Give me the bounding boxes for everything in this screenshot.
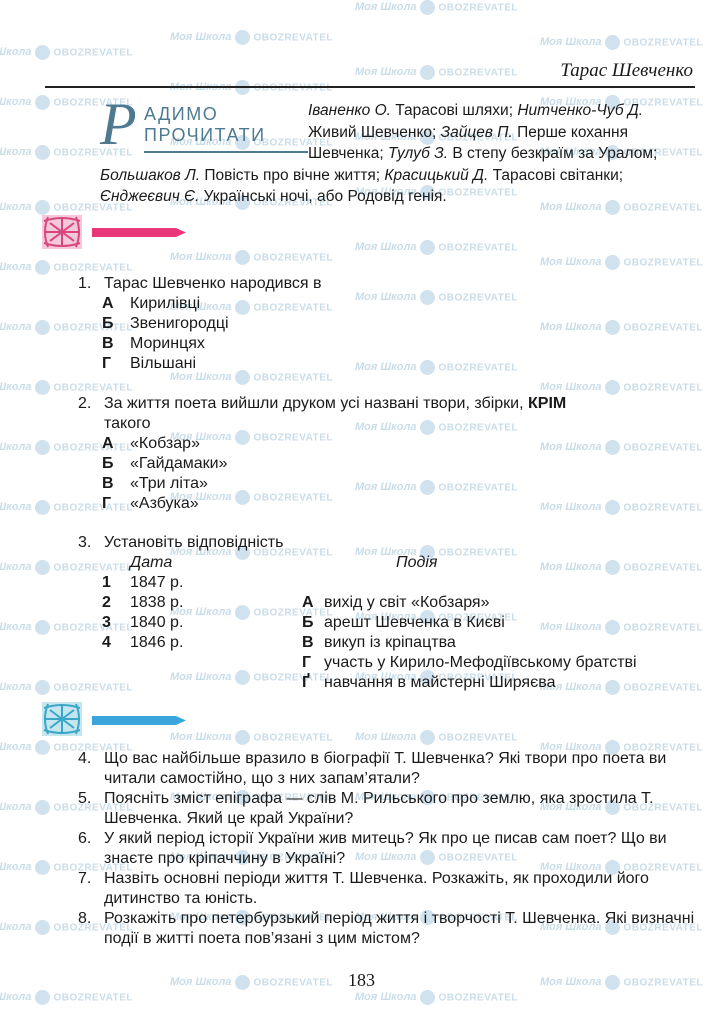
watermark-brand2: OBOZREVATEL [253,32,333,43]
bibliography-item: Тулуб З. В степу безкраїм за Уралом; [388,145,657,162]
watermark-logo-icon [235,730,250,745]
watermark-logo-icon [35,560,50,575]
watermark: Моя ШколаOBOZREVATEL [540,255,703,270]
watermark-brand2: OBOZREVATEL [438,242,518,253]
watermark-brand: Моя Школа [170,731,231,743]
question-number: 8. [78,909,104,929]
watermark-brand: Моя Школа [540,36,601,48]
date-number: 3 [102,613,111,633]
watermark-brand: Моя Школа [0,501,31,513]
watermark-brand2: OBOZREVATEL [53,47,133,58]
option-text: «Гайдамаки» [130,455,227,472]
open-question: 4.Що вас найбільше вразило в біографії Т… [78,749,698,789]
event-text: навчання в майстерні Ширяєва [324,674,555,691]
running-head: Тарас Шевченко [560,60,693,82]
watermark-logo-icon [35,320,50,335]
watermark-logo-icon [35,45,50,60]
bibliography-author: Большаков Л. [100,167,200,184]
header-rule [45,86,695,88]
event-letter: Б [302,613,314,633]
q2-text: За життя поета вийшли друком усі названі… [104,395,524,412]
q1-text: Тарас Шевченко народився в [104,275,322,292]
question-3: 3.Установіть відповідність Дата Подія 11… [78,533,698,713]
col-event-header: Подія [396,553,437,573]
blue-bar [92,716,186,725]
watermark: Моя ШколаOBOZREVATEL [0,45,133,60]
watermark-brand: Моя Школа [170,31,231,43]
date-number: 4 [102,633,111,653]
bibliography: Іваненко О. Тарасові шляхи; Нитченко-Чуб… [100,100,695,208]
pink-bar [92,228,186,237]
question-number: 7. [78,869,104,889]
question-1: 1.Тарас Шевченко народився в АКирилівціБ… [78,274,698,374]
answer-option: ВМоринцях [78,334,698,354]
open-question: 8.Розкажіть про петербурзький період жит… [78,909,698,949]
open-question: 5.Поясніть зміст епіграфа — слів М. Риль… [78,789,698,829]
option-text: Звенигородці [130,315,229,332]
answer-option: БЗвенигородці [78,314,698,334]
watermark-logo-icon [605,380,620,395]
answer-option: ГВільшані [78,354,698,374]
question-text: У який період історії України жив митець… [104,830,667,867]
q2-emphasis: КРІМ [528,395,566,412]
watermark: Моя ШколаOBOZREVATEL [540,35,703,50]
watermark-brand: Моя Школа [0,991,31,1003]
bibliography-author: Зайцев П. [441,124,513,141]
celtic-knot-icon [40,700,84,738]
q2-number: 2. [78,394,104,414]
bibliography-item: Красицький Д. Тарасові світанки; [384,167,623,184]
watermark-logo-icon [420,0,435,15]
watermark-brand2: OBOZREVATEL [623,382,703,393]
watermark-brand: Моя Школа [0,441,31,453]
watermark-brand2: OBOZREVATEL [253,252,333,263]
watermark-logo-icon [420,730,435,745]
watermark-brand: Моя Школа [0,201,31,213]
bibliography-author: Красицький Д. [384,167,488,184]
bibliography-item: Іваненко О. Тарасові шляхи; [308,102,517,119]
event-text: викуп із кріпацтва [324,634,456,651]
watermark-brand2: OBOZREVATEL [253,372,333,383]
event-letter: В [302,633,314,653]
bibliography-item: Єнджеєвич Є. Українські ночі, або Родові… [100,188,447,205]
question-text: Поясніть зміст епіграфа — слів М. Рильсь… [104,790,654,827]
question-text: Що вас найбільше вразило в біографії Т. … [104,750,666,787]
watermark-brand2: OBOZREVATEL [623,257,703,268]
watermark-brand2: OBOZREVATEL [623,37,703,48]
watermark-brand: Моя Школа [0,621,31,633]
event-text: арешт Шевченка в Києві [324,614,505,631]
watermark-logo-icon [35,800,50,815]
watermark-brand: Моя Школа [0,741,31,753]
date-value: 1840 р. [130,614,183,631]
watermark-brand: Моя Школа [0,96,31,108]
watermark: Моя ШколаOBOZREVATEL [355,0,518,15]
option-text: Моринцях [130,335,205,352]
watermark-brand: Моя Школа [0,801,31,813]
option-letter: Б [102,454,114,474]
watermark-brand2: OBOZREVATEL [438,2,518,13]
watermark-brand: Моя Школа [0,921,31,933]
watermark-brand2: OBOZREVATEL [53,992,133,1003]
question-2: 2.За життя поета вийшли друком усі назва… [78,394,698,514]
col-date-header: Дата [130,553,172,573]
page-number: 183 [0,970,723,991]
date-value: 1838 р. [130,594,183,611]
watermark-logo-icon [35,620,50,635]
watermark-logo-icon [235,30,250,45]
event-row: Гучасть у Кирило-Мефодіївському братстві [296,653,706,673]
q3-number: 3. [78,533,104,553]
watermark-brand: Моя Школа [540,256,601,268]
option-letter: В [102,474,114,494]
event-row: Ґнавчання в майстерні Ширяєва [296,673,706,693]
watermark-brand: Моя Школа [0,861,31,873]
option-letter: В [102,334,114,354]
event-letter: Ґ [302,673,310,693]
option-letter: А [102,294,114,314]
watermark-logo-icon [35,990,50,1005]
watermark-brand: Моя Школа [540,381,601,393]
bibliography-item: Большаков Л. Повість про вічне життя; [100,167,384,184]
watermark-brand2: OBOZREVATEL [438,992,518,1003]
bibliography-author: Нитченко-Чуб Д. [517,102,643,119]
event-text: вихід у світ «Кобзаря» [324,594,490,611]
watermark: Моя ШколаOBOZREVATEL [170,30,333,45]
watermark: Моя ШколаOBOZREVATEL [0,990,133,1005]
watermark-logo-icon [35,260,50,275]
date-row: 41846 р. [78,633,308,653]
answer-option: АКирилівці [78,294,698,314]
watermark: Моя ШколаOBOZREVATEL [0,260,133,275]
watermark-brand: Моя Школа [0,681,31,693]
open-questions: 4.Що вас найбільше вразило в біографії Т… [78,749,698,949]
bibliography-author: Тулуб З. [388,145,448,162]
watermark-brand2: OBOZREVATEL [438,67,518,78]
event-row: Ввикуп із кріпацтва [296,633,706,653]
watermark-brand2: OBOZREVATEL [438,732,518,743]
watermark: Моя ШколаOBOZREVATEL [0,380,133,395]
event-row: Авихід у світ «Кобзаря» [296,593,706,613]
watermark: Моя ШколаOBOZREVATEL [170,730,333,745]
q2-text-cont: такого [104,415,151,432]
blue-section-divider [40,700,84,743]
option-text: Кирилівці [130,295,200,312]
watermark-logo-icon [35,440,50,455]
watermark: Моя ШколаOBOZREVATEL [355,65,518,80]
answer-option: Г«Азбука» [78,494,698,514]
heading-spacer [100,100,308,163]
watermark-logo-icon [605,255,620,270]
event-letter: Г [302,653,311,673]
bibliography-author: Іваненко О. [308,102,391,119]
option-text: «Три літа» [130,475,208,492]
event-row: Барешт Шевченка в Києві [296,613,706,633]
watermark-brand: Моя Школа [0,261,31,273]
watermark-brand: Моя Школа [355,66,416,78]
question-number: 4. [78,749,104,769]
q3-text: Установіть відповідність [104,534,283,551]
answer-option: В«Три літа» [78,474,698,494]
watermark-brand2: OBOZREVATEL [53,382,133,393]
watermark-logo-icon [420,240,435,255]
watermark: Моя ШколаOBOZREVATEL [355,240,518,255]
watermark-brand: Моя Школа [0,321,31,333]
watermark-brand: Моя Школа [0,561,31,573]
watermark-logo-icon [420,990,435,1005]
date-row: 21838 р. [78,593,308,613]
question-number: 5. [78,789,104,809]
q1-number: 1. [78,274,104,294]
watermark-brand: Моя Школа [355,991,416,1003]
answer-option: А«Кобзар» [78,434,698,454]
watermark-brand: Моя Школа [355,731,416,743]
question-number: 6. [78,829,104,849]
celtic-knot-icon [40,213,84,251]
watermark-logo-icon [35,95,50,110]
option-letter: Б [102,314,114,334]
date-value: 1847 р. [130,574,183,591]
date-value: 1846 р. [130,634,183,651]
bibliography-author: Єнджеєвич Є. [100,188,199,205]
date-number: 2 [102,593,111,613]
watermark: Моя ШколаOBOZREVATEL [170,250,333,265]
watermark-brand2: OBOZREVATEL [53,262,133,273]
watermark-logo-icon [35,145,50,160]
event-text: участь у Кирило-Мефодіївському братстві [324,654,637,671]
option-letter: А [102,434,114,454]
watermark-brand: Моя Школа [0,381,31,393]
watermark-logo-icon [35,860,50,875]
option-letter: Г [102,494,111,514]
watermark: Моя ШколаOBOZREVATEL [355,990,518,1005]
option-letter: Г [102,354,111,374]
watermark-brand: Моя Школа [355,1,416,13]
open-question: 7.Назвіть основні періоди життя Т. Шевче… [78,869,698,909]
watermark-brand: Моя Школа [170,251,231,263]
answer-option: Б«Гайдамаки» [78,454,698,474]
watermark-brand: Моя Школа [355,241,416,253]
option-text: Вільшані [130,355,196,372]
pink-section-divider [40,213,84,256]
open-question: 6.У який період історії України жив мите… [78,829,698,869]
watermark-brand2: OBOZREVATEL [253,732,333,743]
question-text: Назвіть основні періоди життя Т. Шевченк… [104,870,649,907]
option-text: «Азбука» [130,495,199,512]
option-text: «Кобзар» [130,435,200,452]
date-row: 31840 р. [78,613,308,633]
watermark-logo-icon [35,380,50,395]
question-text: Розкажіть про петербурзький період життя… [104,910,694,947]
watermark-logo-icon [605,35,620,50]
event-letter: А [302,593,314,613]
date-row: 11847 р. [78,573,308,593]
watermark: Моя ШколаOBOZREVATEL [355,730,518,745]
watermark-logo-icon [235,250,250,265]
watermark-brand: Моя Школа [0,146,31,158]
watermark-logo-icon [35,920,50,935]
watermark-logo-icon [420,65,435,80]
date-number: 1 [102,573,111,593]
watermark-logo-icon [35,680,50,695]
watermark-brand: Моя Школа [0,46,31,58]
watermark-logo-icon [35,500,50,515]
watermark: Моя ШколаOBOZREVATEL [540,380,703,395]
